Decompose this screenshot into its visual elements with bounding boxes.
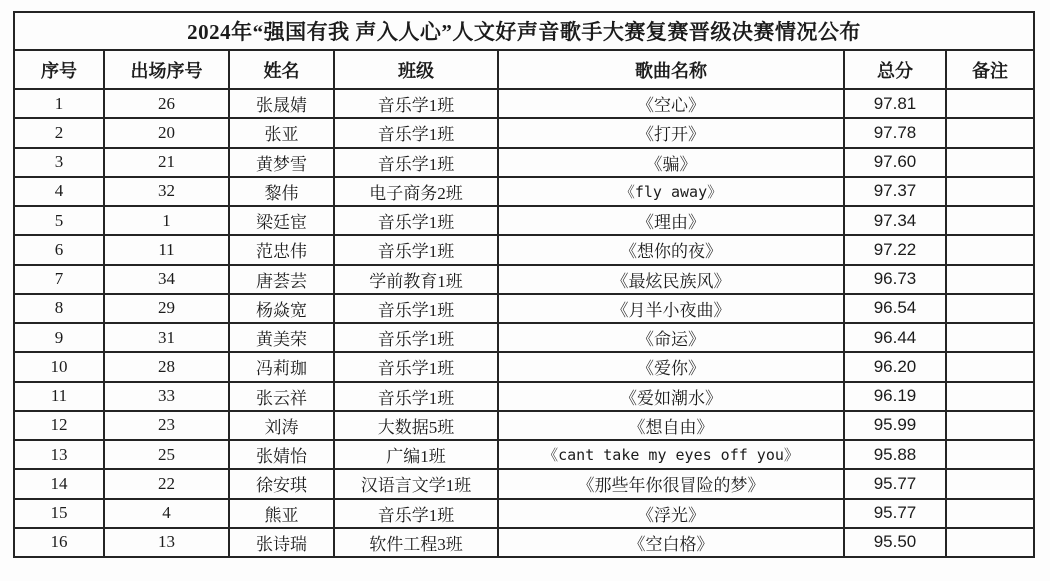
cell-order: 29: [104, 294, 229, 323]
cell-score: 97.78: [844, 118, 946, 147]
cell-class: 音乐学1班: [334, 206, 498, 235]
cell-name: 张婧怡: [229, 440, 334, 469]
cell-class: 音乐学1班: [334, 294, 498, 323]
results-table-container: 2024年“强国有我 声入人心”人文好声音歌手大赛复赛晋级决赛情况公布 序号 出…: [13, 11, 1033, 558]
cell-score: 95.77: [844, 469, 946, 498]
cell-remark: [946, 294, 1034, 323]
table-row: 1133张云祥音乐学1班《爱如潮水》96.19: [14, 382, 1034, 411]
table-row: 51梁廷宦音乐学1班《理由》97.34: [14, 206, 1034, 235]
cell-order: 4: [104, 499, 229, 528]
cell-order: 1: [104, 206, 229, 235]
cell-order: 21: [104, 148, 229, 177]
cell-score: 96.19: [844, 382, 946, 411]
table-row: 1028冯莉珈音乐学1班《爱你》96.20: [14, 352, 1034, 381]
cell-name: 熊亚: [229, 499, 334, 528]
cell-order: 25: [104, 440, 229, 469]
cell-no: 12: [14, 411, 104, 440]
cell-score: 96.20: [844, 352, 946, 381]
cell-score: 95.50: [844, 528, 946, 557]
cell-class: 音乐学1班: [334, 235, 498, 264]
cell-no: 11: [14, 382, 104, 411]
cell-order: 26: [104, 89, 229, 118]
cell-song: 《空白格》: [498, 528, 844, 557]
table-row: 154熊亚音乐学1班《浮光》95.77: [14, 499, 1034, 528]
cell-score: 97.37: [844, 177, 946, 206]
cell-song: 《爱你》: [498, 352, 844, 381]
cell-remark: [946, 235, 1034, 264]
cell-remark: [946, 265, 1034, 294]
cell-remark: [946, 89, 1034, 118]
cell-class: 音乐学1班: [334, 148, 498, 177]
cell-name: 黄梦雪: [229, 148, 334, 177]
table-title: 2024年“强国有我 声入人心”人文好声音歌手大赛复赛晋级决赛情况公布: [14, 12, 1034, 50]
cell-name: 杨焱宽: [229, 294, 334, 323]
cell-class: 大数据5班: [334, 411, 498, 440]
cell-song: 《想自由》: [498, 411, 844, 440]
cell-score: 97.60: [844, 148, 946, 177]
cell-no: 5: [14, 206, 104, 235]
cell-song: 《爱如潮水》: [498, 382, 844, 411]
cell-score: 95.77: [844, 499, 946, 528]
cell-order: 34: [104, 265, 229, 294]
cell-name: 张亚: [229, 118, 334, 147]
cell-class: 音乐学1班: [334, 382, 498, 411]
table-body: 126张晟婧音乐学1班《空心》97.81220张亚音乐学1班《打开》97.783…: [14, 89, 1034, 557]
cell-song: 《骗》: [498, 148, 844, 177]
cell-remark: [946, 528, 1034, 557]
cell-class: 广编1班: [334, 440, 498, 469]
cell-name: 徐安琪: [229, 469, 334, 498]
cell-name: 唐荟芸: [229, 265, 334, 294]
cell-class: 电子商务2班: [334, 177, 498, 206]
cell-class: 音乐学1班: [334, 118, 498, 147]
cell-remark: [946, 206, 1034, 235]
column-header-name: 姓名: [229, 50, 334, 89]
cell-remark: [946, 440, 1034, 469]
cell-name: 冯莉珈: [229, 352, 334, 381]
cell-class: 音乐学1班: [334, 323, 498, 352]
cell-score: 97.22: [844, 235, 946, 264]
cell-order: 20: [104, 118, 229, 147]
table-row: 829杨焱宽音乐学1班《月半小夜曲》96.54: [14, 294, 1034, 323]
cell-order: 11: [104, 235, 229, 264]
cell-remark: [946, 411, 1034, 440]
cell-order: 32: [104, 177, 229, 206]
cell-order: 33: [104, 382, 229, 411]
cell-remark: [946, 469, 1034, 498]
cell-score: 95.99: [844, 411, 946, 440]
table-row: 611范忠伟音乐学1班《想你的夜》97.22: [14, 235, 1034, 264]
cell-score: 96.73: [844, 265, 946, 294]
cell-order: 13: [104, 528, 229, 557]
cell-name: 张晟婧: [229, 89, 334, 118]
cell-score: 96.54: [844, 294, 946, 323]
cell-song: 《浮光》: [498, 499, 844, 528]
cell-remark: [946, 352, 1034, 381]
column-header-remark: 备注: [946, 50, 1034, 89]
cell-song: 《那些年你很冒险的梦》: [498, 469, 844, 498]
cell-song: 《想你的夜》: [498, 235, 844, 264]
table-row: 432黎伟电子商务2班《fly away》97.37: [14, 177, 1034, 206]
cell-class: 音乐学1班: [334, 352, 498, 381]
column-header-score: 总分: [844, 50, 946, 89]
cell-song: 《最炫民族风》: [498, 265, 844, 294]
column-header-class: 班级: [334, 50, 498, 89]
cell-no: 1: [14, 89, 104, 118]
cell-score: 95.88: [844, 440, 946, 469]
cell-order: 22: [104, 469, 229, 498]
cell-no: 8: [14, 294, 104, 323]
cell-no: 4: [14, 177, 104, 206]
document-page: 2024年“强国有我 声入人心”人文好声音歌手大赛复赛晋级决赛情况公布 序号 出…: [0, 0, 1050, 581]
table-title-row: 2024年“强国有我 声入人心”人文好声音歌手大赛复赛晋级决赛情况公布: [14, 12, 1034, 50]
cell-name: 梁廷宦: [229, 206, 334, 235]
cell-no: 9: [14, 323, 104, 352]
cell-song: 《空心》: [498, 89, 844, 118]
cell-order: 23: [104, 411, 229, 440]
cell-name: 刘涛: [229, 411, 334, 440]
table-header-row: 序号 出场序号 姓名 班级 歌曲名称 总分 备注: [14, 50, 1034, 89]
cell-class: 音乐学1班: [334, 89, 498, 118]
column-header-order: 出场序号: [104, 50, 229, 89]
cell-name: 张诗瑞: [229, 528, 334, 557]
cell-score: 97.34: [844, 206, 946, 235]
table-row: 931黄美荣音乐学1班《命运》96.44: [14, 323, 1034, 352]
cell-no: 14: [14, 469, 104, 498]
table-row: 1613张诗瑞软件工程3班《空白格》95.50: [14, 528, 1034, 557]
cell-order: 28: [104, 352, 229, 381]
table-row: 1422徐安琪汉语言文学1班《那些年你很冒险的梦》95.77: [14, 469, 1034, 498]
cell-no: 16: [14, 528, 104, 557]
cell-no: 2: [14, 118, 104, 147]
cell-no: 3: [14, 148, 104, 177]
cell-song: 《打开》: [498, 118, 844, 147]
table-row: 734唐荟芸学前教育1班《最炫民族风》96.73: [14, 265, 1034, 294]
cell-class: 音乐学1班: [334, 499, 498, 528]
cell-remark: [946, 118, 1034, 147]
cell-name: 范忠伟: [229, 235, 334, 264]
cell-no: 7: [14, 265, 104, 294]
cell-name: 黄美荣: [229, 323, 334, 352]
cell-class: 软件工程3班: [334, 528, 498, 557]
cell-song: 《fly away》: [498, 177, 844, 206]
table-row: 1223刘涛大数据5班《想自由》95.99: [14, 411, 1034, 440]
cell-name: 黎伟: [229, 177, 334, 206]
table-row: 321黄梦雪音乐学1班《骗》97.60: [14, 148, 1034, 177]
cell-score: 97.81: [844, 89, 946, 118]
cell-song: 《理由》: [498, 206, 844, 235]
cell-score: 96.44: [844, 323, 946, 352]
cell-song: 《月半小夜曲》: [498, 294, 844, 323]
cell-name: 张云祥: [229, 382, 334, 411]
table-row: 126张晟婧音乐学1班《空心》97.81: [14, 89, 1034, 118]
column-header-song: 歌曲名称: [498, 50, 844, 89]
cell-class: 学前教育1班: [334, 265, 498, 294]
results-table: 2024年“强国有我 声入人心”人文好声音歌手大赛复赛晋级决赛情况公布 序号 出…: [13, 11, 1035, 558]
cell-no: 15: [14, 499, 104, 528]
column-header-no: 序号: [14, 50, 104, 89]
cell-song: 《命运》: [498, 323, 844, 352]
cell-order: 31: [104, 323, 229, 352]
table-row: 220张亚音乐学1班《打开》97.78: [14, 118, 1034, 147]
cell-class: 汉语言文学1班: [334, 469, 498, 498]
cell-remark: [946, 382, 1034, 411]
cell-song: 《cant take my eyes off you》: [498, 440, 844, 469]
cell-no: 10: [14, 352, 104, 381]
cell-remark: [946, 499, 1034, 528]
table-row: 1325张婧怡广编1班《cant take my eyes off you》95…: [14, 440, 1034, 469]
cell-remark: [946, 148, 1034, 177]
cell-no: 13: [14, 440, 104, 469]
cell-no: 6: [14, 235, 104, 264]
cell-remark: [946, 177, 1034, 206]
cell-remark: [946, 323, 1034, 352]
